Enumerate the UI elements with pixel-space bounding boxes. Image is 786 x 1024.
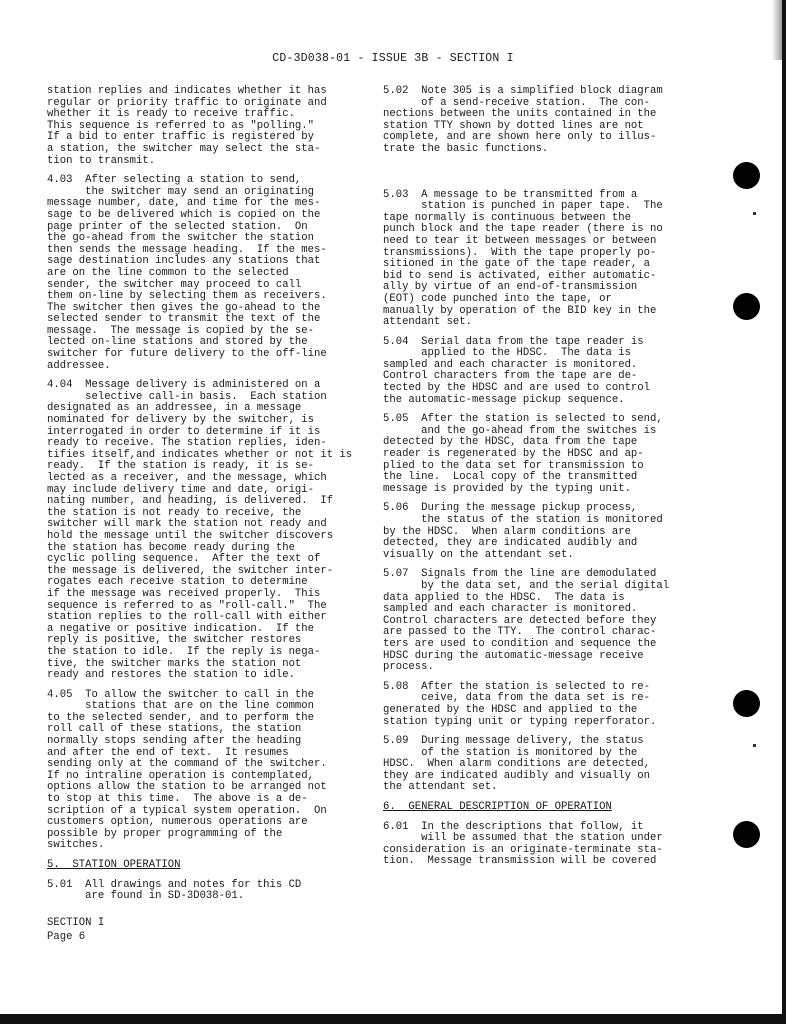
paragraph-6-01: 6.01 In the descriptions that follow, it… <box>383 822 703 868</box>
text-line: attendant set. <box>383 317 703 329</box>
text-line: if the message was received properly. Th… <box>47 589 365 601</box>
text-line: ters are used to condition and sequence … <box>383 639 703 651</box>
paragraph-5-02: 5.02 Note 305 is a simplified block diag… <box>383 86 703 156</box>
paragraph-4-04: 4.04 Message delivery is administered on… <box>47 380 365 681</box>
text-line: ready and restores the station to idle. <box>47 670 365 682</box>
paragraph-5-05: 5.05 After the station is selected to se… <box>383 414 703 495</box>
text-line: are found in SD-3D038-01. <box>47 891 365 903</box>
left-column: station replies and indicates whether it… <box>47 86 365 911</box>
text-line: station replies to the roll-call with ei… <box>47 612 365 624</box>
text-line: the go-ahead from the switcher the stati… <box>47 233 365 245</box>
paragraph-5-09: 5.09 During message delivery, the status… <box>383 736 703 794</box>
right-column: 5.02 Note 305 is a simplified block diag… <box>383 86 703 876</box>
text-line: hold the message until the switcher disc… <box>47 531 365 543</box>
text-line: station replies and indicates whether it… <box>47 86 365 98</box>
text-line: station is punched in paper tape. The <box>383 201 703 213</box>
text-line: need to tear it between messages or betw… <box>383 236 703 248</box>
scan-edge-bottom <box>0 1014 786 1024</box>
text-line: to stop at this time. The above is a de- <box>47 794 365 806</box>
paragraph-5-04: 5.04 Serial data from the tape reader is… <box>383 337 703 407</box>
text-line: by the data set, and the serial digital <box>383 581 703 593</box>
scan-edge-right <box>782 0 786 1024</box>
text-line: the status of the station is monitored <box>383 515 703 527</box>
scan-edge-shadow <box>772 0 782 60</box>
paragraph-5-01: 5.01 All drawings and notes for this CD … <box>47 880 365 903</box>
punch-hole-4 <box>733 821 760 848</box>
page-header: CD-3D038-01 - ISSUE 3B - SECTION I <box>0 52 786 65</box>
punch-hole-1 <box>733 162 760 189</box>
text-line: tected by the HDSC and are used to contr… <box>383 383 703 395</box>
text-line: the station to idle. If the reply is neg… <box>47 647 365 659</box>
text-line: (EOT) code punched into the tape, or <box>383 294 703 306</box>
text-line: 4.03 After selecting a station to send, <box>47 175 365 187</box>
text-line: 5.09 During message delivery, the status <box>383 736 703 748</box>
section-heading: 6. GENERAL DESCRIPTION OF OPERATION <box>383 802 612 814</box>
text-line: a station, the switcher may select the s… <box>47 144 365 156</box>
text-line: trate the basic functions. <box>383 144 703 156</box>
text-line: are on the line common to the selected <box>47 268 365 280</box>
text-line: them on-line by selecting them as receiv… <box>47 291 365 303</box>
scan-speck <box>753 212 756 215</box>
punch-hole-2 <box>733 293 760 320</box>
text-line: reader is regenerated by the HDSC and ap… <box>383 449 703 461</box>
paragraph-5-08: 5.08 After the station is selected to re… <box>383 682 703 728</box>
text-line: message is provided by the typing unit. <box>383 484 703 496</box>
text-line: process. <box>383 662 703 674</box>
text-line: switches. <box>47 840 365 852</box>
text-line: visually on the attendant set. <box>383 550 703 562</box>
punch-hole-3 <box>733 690 760 717</box>
text-line: normally stops sending after the heading <box>47 736 365 748</box>
text-line: sage to be delivered which is copied on … <box>47 210 365 222</box>
section-heading: 5. STATION OPERATION <box>47 860 181 872</box>
paragraph-4-05: 4.05 To allow the switcher to call in th… <box>47 690 365 852</box>
text-line: generated by the HDSC and applied to the <box>383 705 703 717</box>
paragraph-4-03: 4.03 After selecting a station to send, … <box>47 175 365 372</box>
footer-section: SECTION I <box>47 916 104 930</box>
page-footer: SECTION I Page 6 <box>47 916 104 944</box>
paragraph-cont: station replies and indicates whether it… <box>47 86 365 167</box>
text-line: tion. Message transmission will be cover… <box>383 856 703 868</box>
text-line: lected as a receiver, and the message, w… <box>47 473 365 485</box>
text-line: switcher for future delivery to the off-… <box>47 349 365 361</box>
text-line: the attendant set. <box>383 782 703 794</box>
text-line: the automatic-message pickup sequence. <box>383 395 703 407</box>
text-line: addressee. <box>47 361 365 373</box>
text-line: cyclic polling sequence. After the text … <box>47 554 365 566</box>
footer-page-number: Page 6 <box>47 930 104 944</box>
paragraph-5-03: 5.03 A message to be transmitted from a … <box>383 190 703 329</box>
text-line: tion to transmit. <box>47 156 365 168</box>
paragraph-5-06: 5.06 During the message pickup process, … <box>383 503 703 561</box>
text-line: 5.02 Note 305 is a simplified block diag… <box>383 86 703 98</box>
text-line: sitioned in the gate of the tape reader,… <box>383 259 703 271</box>
text-line: sampled and each character is monitored. <box>383 604 703 616</box>
paragraph-5-07: 5.07 Signals from the line are demodulat… <box>383 569 703 673</box>
text-line: nominated for delivery by the switcher, … <box>47 415 365 427</box>
text-line: station typing unit or typing reperforat… <box>383 717 703 729</box>
scan-speck <box>753 744 756 747</box>
